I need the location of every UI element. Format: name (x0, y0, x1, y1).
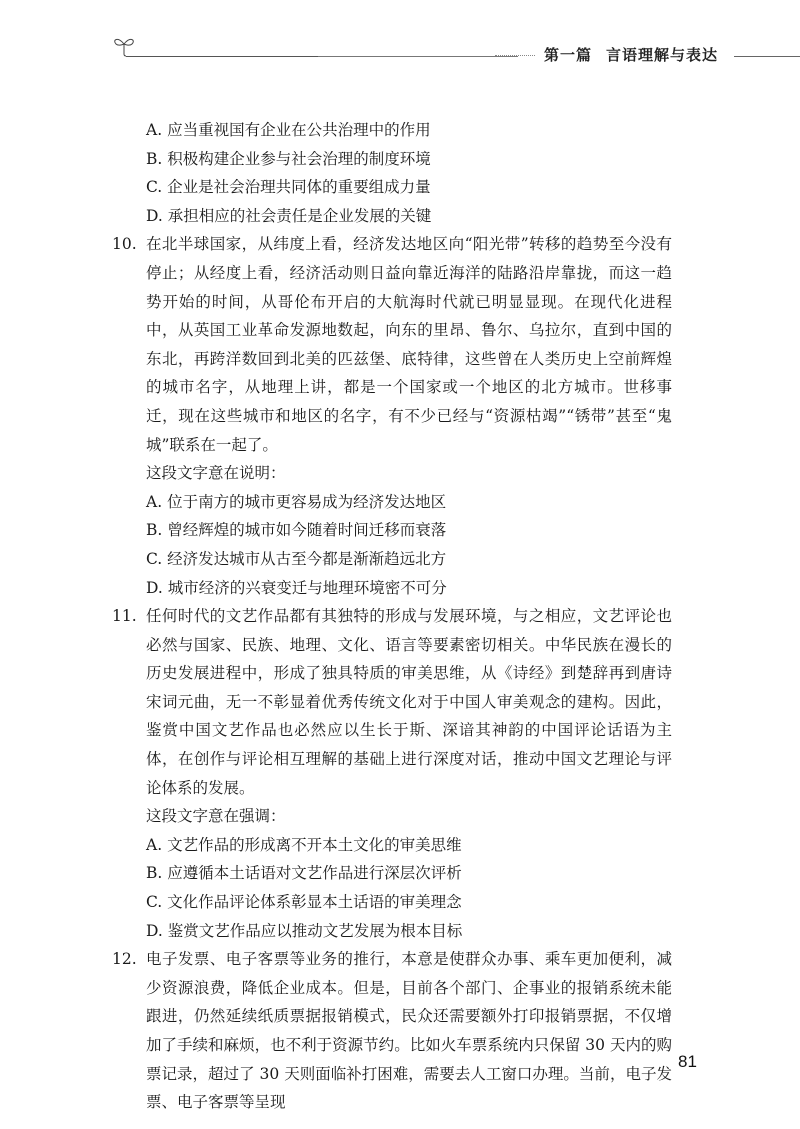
question-prompt: 这段文字意在强调： (146, 802, 672, 831)
question-passage: 在北半球国家，从纬度上看，经济发达地区向“阳光带”转移的趋势至今没有停止；从经度… (146, 230, 672, 459)
question-number: 11. (112, 602, 137, 631)
header-rule-right (734, 56, 800, 57)
page-content: A. 应当重视国有企业在公共治理中的作用 B. 积极构建企业参与社会治理的制度环… (112, 116, 672, 1117)
question-number: 12. (112, 945, 137, 974)
option-b: B. 应遵循本土话语对文艺作品进行深层次评析 (146, 859, 672, 888)
option-c: C. 文化作品评论体系彰显本土话语的审美理念 (146, 888, 672, 917)
question-prompt: 这段文字意在说明： (146, 459, 672, 488)
page-header: 第一篇言语理解与表达 (0, 0, 800, 70)
option-c: C. 经济发达城市从古至今都是渐渐趋远北方 (146, 545, 672, 574)
chapter-title: 第一篇言语理解与表达 (544, 44, 718, 65)
option-b: B. 积极构建企业参与社会治理的制度环境 (146, 145, 672, 174)
option-d: D. 鉴赏文艺作品应以推动文艺发展为根本目标 (146, 917, 672, 946)
option-a: A. 文艺作品的形成离不开本土文化的审美思维 (146, 831, 672, 860)
option-d: D. 承担相应的社会责任是企业发展的关键 (146, 202, 672, 231)
header-rule-left (126, 56, 318, 57)
option-c: C. 企业是社会治理共同体的重要组成力量 (146, 173, 672, 202)
question-10: 10. 在北半球国家，从纬度上看，经济发达地区向“阳光带”转移的趋势至今没有停止… (112, 230, 672, 602)
question-12: 12. 电子发票、电子客票等业务的推行，本意是使群众办事、乘车更加便利，减少资源… (112, 945, 672, 1117)
option-d: D. 城市经济的兴衰变迁与地理环境密不可分 (146, 574, 672, 603)
question-number: 10. (112, 230, 137, 259)
option-a: A. 应当重视国有企业在公共治理中的作用 (146, 116, 672, 145)
chapter-name: 言语理解与表达 (606, 46, 718, 64)
header-rule-left-2 (318, 56, 518, 57)
page-number: 81 (678, 1052, 697, 1072)
sprout-icon (112, 34, 136, 64)
question-passage: 任何时代的文艺作品都有其独特的形成与发展环境，与之相应，文艺评论也必然与国家、民… (146, 602, 672, 802)
q9-options: A. 应当重视国有企业在公共治理中的作用 B. 积极构建企业参与社会治理的制度环… (112, 116, 672, 230)
header-rule-dots (495, 55, 535, 58)
question-11: 11. 任何时代的文艺作品都有其独特的形成与发展环境，与之相应，文艺评论也必然与… (112, 602, 672, 945)
option-b: B. 曾经辉煌的城市如今随着时间迁移而衰落 (146, 516, 672, 545)
question-passage: 电子发票、电子客票等业务的推行，本意是使群众办事、乘车更加便利，减少资源浪费，降… (146, 945, 672, 1117)
option-a: A. 位于南方的城市更容易成为经济发达地区 (146, 488, 672, 517)
chapter-part: 第一篇 (544, 46, 592, 64)
